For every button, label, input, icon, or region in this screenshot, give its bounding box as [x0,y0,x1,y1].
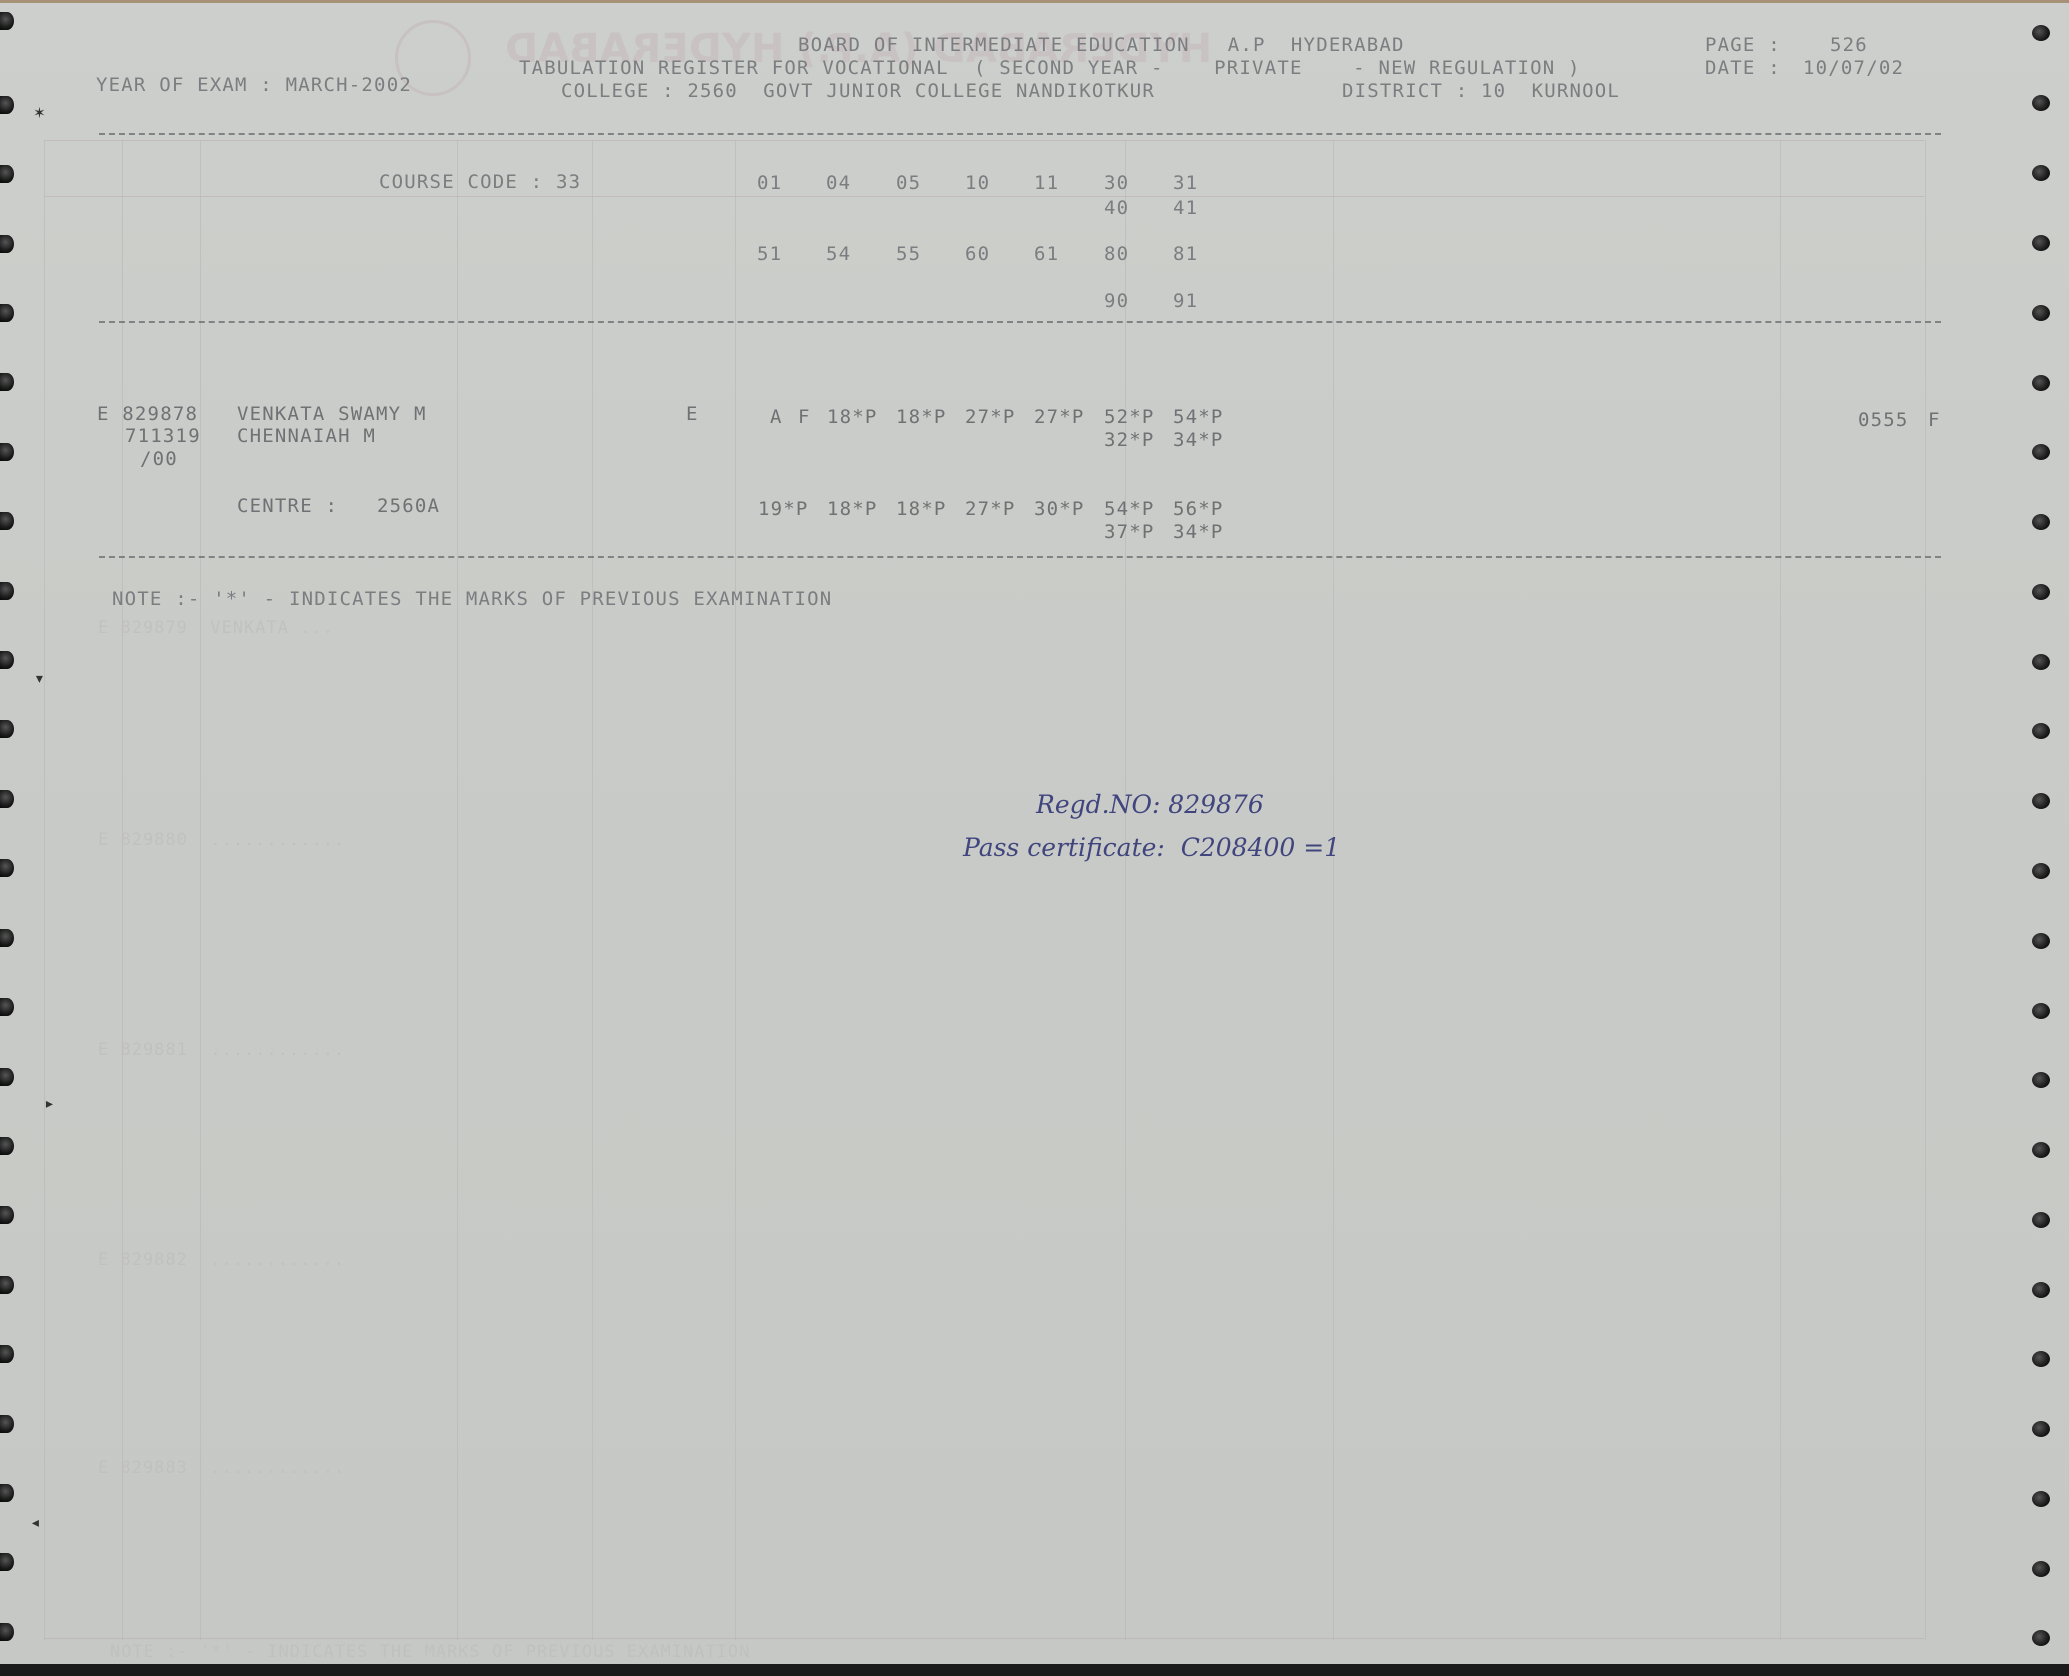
subject-code: 91 [1173,292,1198,311]
feed-hole-icon [0,651,14,669]
tear-mark-icon: ▸ [44,1093,55,1114]
father-name: CHENNAIAH M [237,427,376,446]
feed-hole-icon [0,1206,14,1224]
ghost-column-line [200,140,201,1640]
centre-label: CENTRE : [237,497,338,516]
feed-hole-icon [0,512,14,530]
ghost-column-line [457,140,458,1640]
course-code-label: COURSE CODE : 33 [379,173,581,192]
subject-code: 81 [1173,245,1198,264]
tear-mark-icon: ▾ [34,668,45,689]
feed-hole-icon [0,1553,14,1571]
feed-hole-icon [2032,1142,2050,1158]
district-line: DISTRICT : 10 KURNOOL [1342,82,1620,101]
feed-hole-icon [2032,1491,2050,1507]
feed-hole-icon [2032,584,2050,600]
subject-code: 30 [1104,174,1129,193]
handwritten-reg-number: Regd.NO: 829876 [1036,790,1264,819]
college-line: COLLEGE : 2560 GOVT JUNIOR COLLEGE NANDI… [561,82,1155,101]
tear-mark-icon: ◂ [30,1512,41,1533]
subject-code: 31 [1173,174,1198,193]
medium: E [686,405,699,424]
mark: 54*P [1173,408,1224,427]
mark: F [798,408,811,427]
feed-hole-icon [0,1484,14,1502]
feed-hole-icon [2032,933,2050,949]
feed-hole-icon [0,304,14,322]
date-value: 10/07/02 [1803,59,1904,78]
divider [99,133,1941,135]
feed-hole-icon [2032,1351,2050,1367]
feed-hole-icon [0,1276,14,1294]
mark: 37*P [1104,523,1155,542]
ghost-row: E 829880 ............ [98,830,345,850]
feed-hole-icon [2032,723,2050,739]
subject-code: 54 [826,245,851,264]
ghost-column-line [44,140,45,1640]
feed-hole-icon [2032,235,2050,251]
ghost-column-line [1125,140,1126,1640]
ghost-row: E 829883 ............ [98,1458,345,1478]
mark: 34*P [1173,523,1224,542]
feed-hole-icon [2032,375,2050,391]
ghost-column-line [1780,140,1781,1640]
subject-code: 61 [1034,245,1059,264]
mark: 18*P [827,408,878,427]
feed-hole-icon [0,235,14,253]
feed-hole-icon [2032,654,2050,670]
subject-code: 55 [896,245,921,264]
handwritten-pass-certificate: Pass certificate: C208400 =1 [963,833,1340,862]
hall-ticket-number: 711319 [125,427,201,446]
feed-hole-icon [2032,444,2050,460]
mark: 18*P [827,500,878,519]
register-title: TABULATION REGISTER FOR VOCATIONAL ( SEC… [519,59,1581,78]
subject-code: 10 [965,174,990,193]
feed-hole-icon [0,1415,14,1433]
total-marks: 0555 [1858,411,1909,430]
feed-hole-icon [2032,1072,2050,1088]
feed-hole-icon [2032,1212,2050,1228]
mark: 27*P [965,408,1016,427]
subject-code: 90 [1104,292,1129,311]
mark: 18*P [896,408,947,427]
ghost-column-line [735,140,736,1640]
date-label: DATE : [1705,59,1781,78]
paper-top-edge [0,0,2069,3]
feed-hole-icon [2032,305,2050,321]
ghost-column-line [122,140,123,1640]
mark: 52*P [1104,408,1155,427]
feed-hole-icon [0,859,14,877]
divider [99,321,1941,323]
mark: 32*P [1104,431,1155,450]
feed-hole-icon [0,998,14,1016]
centre-code: 2560A [377,497,440,516]
ghost-rule [44,140,1924,141]
mark: 27*P [965,500,1016,519]
page-label: PAGE : [1705,36,1781,55]
feed-hole-icon [0,1137,14,1155]
record-suffix: /00 [140,450,178,469]
ghost-row: E 829879 VENKATA ... [98,618,334,638]
student-name: VENKATA SWAMY M [237,405,427,424]
feed-hole-icon [2032,514,2050,530]
feed-hole-icon [2032,1630,2050,1646]
footnote: NOTE :- '*' - INDICATES THE MARKS OF PRE… [112,590,832,609]
subject-code: 80 [1104,245,1129,264]
year-of-exam: YEAR OF EXAM : MARCH-2002 [96,76,412,95]
feed-hole-icon [0,373,14,391]
feed-hole-icon [0,1068,14,1086]
subject-code: 60 [965,245,990,264]
board-title: BOARD OF INTERMEDIATE EDUCATION A.P HYDE… [798,36,1405,55]
ghost-row: E 829881 ............ [98,1040,345,1060]
mark: 54*P [1104,500,1155,519]
ghost-rule [44,1638,1924,1639]
feed-hole-icon [0,165,14,183]
mark: 30*P [1034,500,1085,519]
subject-code: 11 [1034,174,1059,193]
divider [99,556,1941,558]
page-number: 526 [1830,36,1868,55]
feed-hole-icon [0,1345,14,1363]
ghost-column-line [1925,140,1926,1640]
ghost-column-line [1333,140,1334,1640]
ghost-column-line [592,140,593,1640]
feed-hole-icon [0,582,14,600]
subject-code: 41 [1173,199,1198,218]
feed-hole-icon [2032,863,2050,879]
subject-code: 04 [826,174,851,193]
tabulation-register-page: HYDERABAD (A.P.) HYDERABAD BOARD OF INTE… [0,0,2069,1664]
feed-hole-icon [2032,1282,2050,1298]
subject-code: 51 [757,245,782,264]
feed-hole-icon [2032,95,2050,111]
feed-hole-icon [2032,793,2050,809]
ghost-rule [44,196,1924,197]
mark: A [770,408,783,427]
feed-hole-icon [2032,1003,2050,1019]
feed-hole-icon [0,12,14,30]
feed-hole-icon [0,720,14,738]
feed-hole-icon [0,790,14,808]
mark: 56*P [1173,500,1224,519]
ghost-row: E 829882 ............ [98,1250,345,1270]
feed-hole-icon [2032,1421,2050,1437]
feed-hole-icon [0,96,14,114]
scan-bottom-edge [0,1664,2069,1676]
feed-hole-icon [2032,165,2050,181]
subject-code: 40 [1104,199,1129,218]
feed-hole-icon [0,1623,14,1641]
mark: 19*P [758,500,809,519]
tear-mark-icon: ✶ [34,102,45,123]
mark: 27*P [1034,408,1085,427]
feed-hole-icon [0,929,14,947]
mark: 18*P [896,500,947,519]
ghost-footnote: NOTE :- '*' - INDICATES THE MARKS OF PRE… [110,1642,750,1662]
feed-hole-icon [2032,25,2050,41]
registration-number: E 829878 [97,405,198,424]
mark: 34*P [1173,431,1224,450]
feed-hole-icon [2032,1561,2050,1577]
result-status: F [1928,411,1941,430]
subject-code: 05 [896,174,921,193]
subject-code: 01 [757,174,782,193]
feed-hole-icon [0,443,14,461]
